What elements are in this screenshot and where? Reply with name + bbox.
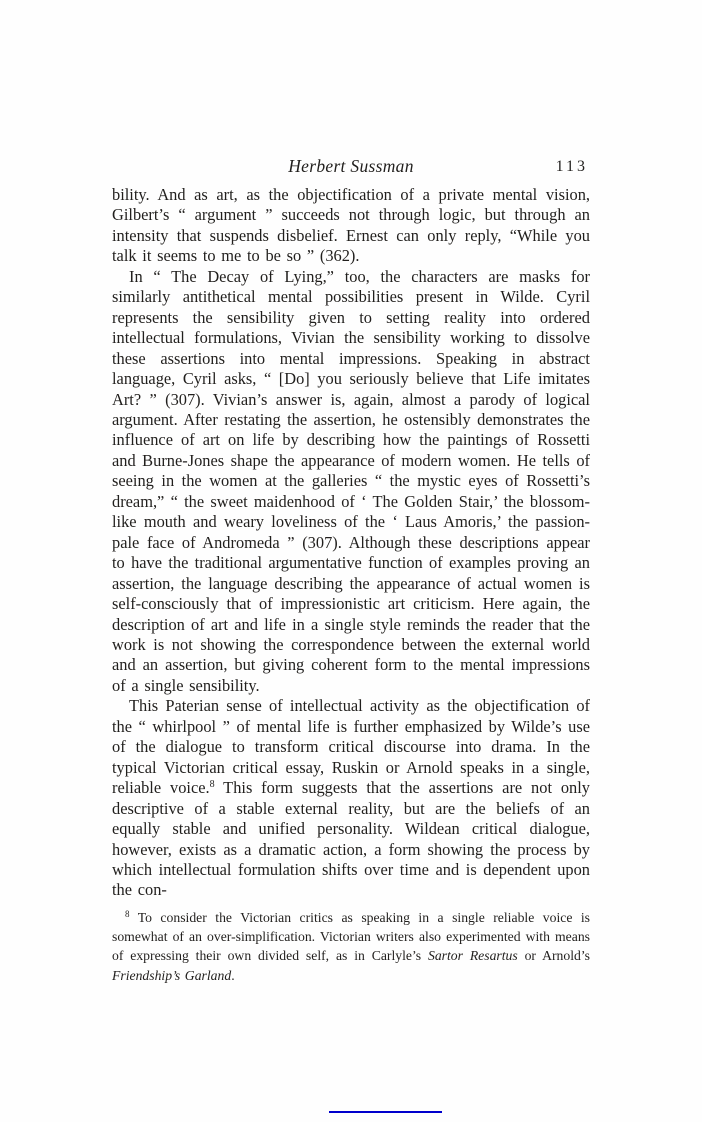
page-number: 113 (556, 158, 588, 176)
paragraph-1: bility. And as art, as the objectificati… (112, 185, 590, 267)
page-body: bility. And as art, as the objectificati… (112, 185, 590, 985)
footnote: 8 To consider the Victorian critics as s… (112, 908, 590, 985)
footnote-book-title-2: Friendship’s Garland (112, 968, 231, 983)
footnote-text-end: . (231, 968, 234, 983)
page-header: Herbert Sussman 113 (112, 156, 590, 180)
footer-divider-line (329, 1111, 442, 1113)
footnote-book-title-1: Sartor Resartus (428, 948, 518, 963)
scanned-book-page: Herbert Sussman 113 bility. And as art, … (0, 0, 702, 1122)
footnote-text-middle: or Arnold’s (518, 948, 590, 963)
running-title: Herbert Sussman (112, 156, 590, 177)
paragraph-3: This Paterian sense of intellectual acti… (112, 696, 590, 901)
paragraph-2: In “ The Decay of Lying,” too, the chara… (112, 267, 590, 697)
